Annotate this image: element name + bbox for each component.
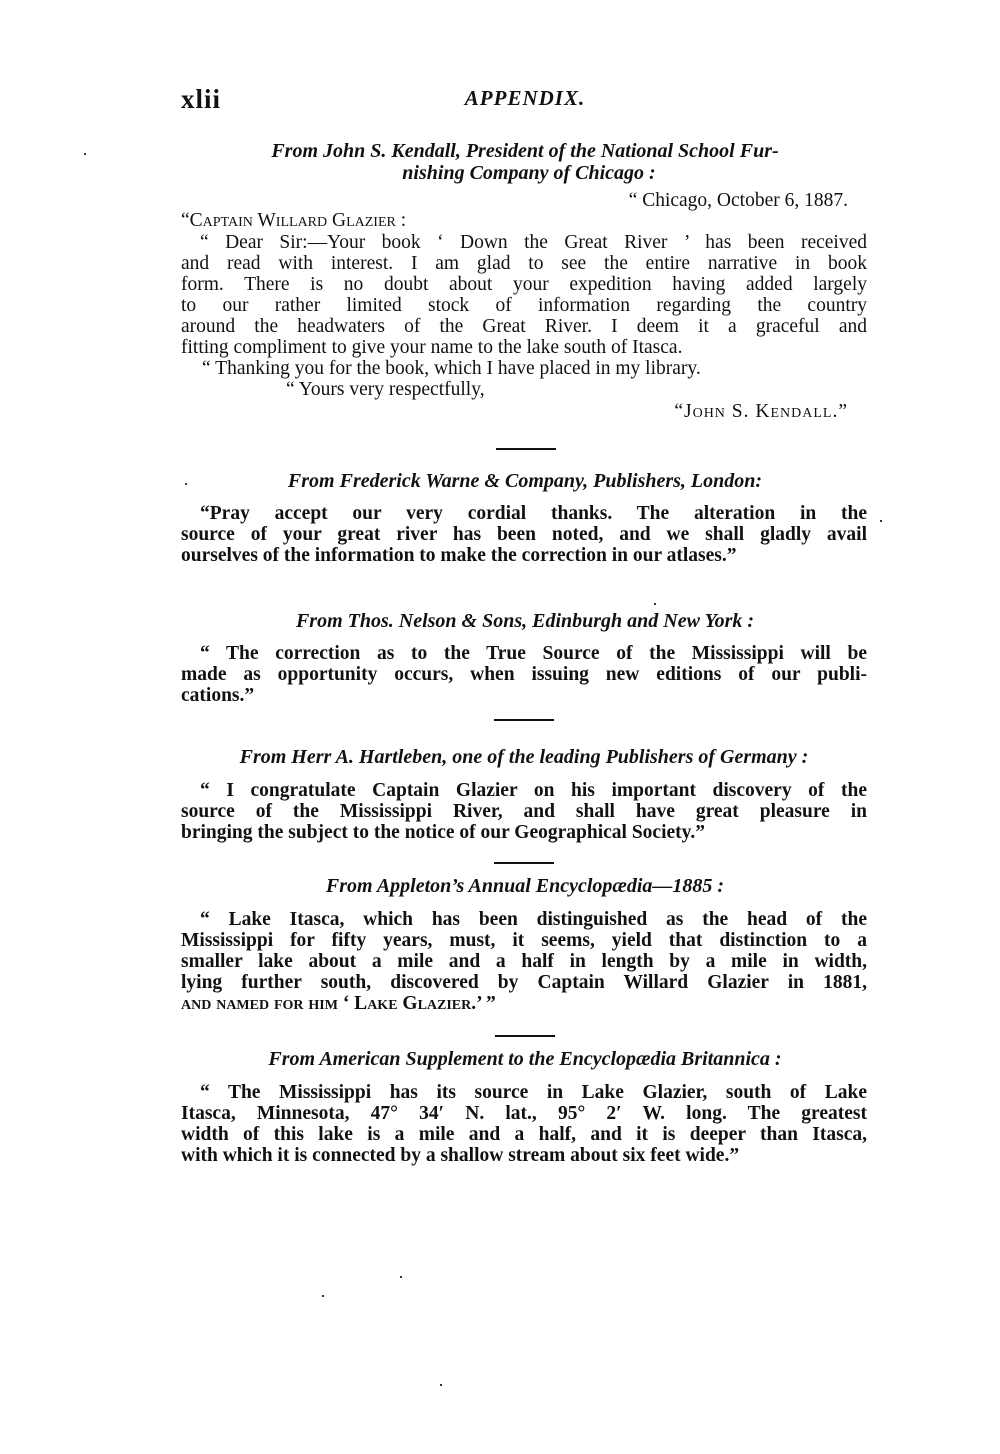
body-line: “ Lake Itasca, which has been distinguis… bbox=[200, 909, 867, 931]
scan-speck bbox=[654, 603, 656, 605]
body-line: “ Thanking you for the book, which I hav… bbox=[202, 358, 888, 380]
body-line: and read with interest. I am glad to see… bbox=[181, 253, 867, 275]
body-line: made as opportunity occurs, when issuing… bbox=[181, 664, 867, 686]
body-line: source of the Mississippi River, and sha… bbox=[181, 801, 867, 823]
body-line: bringing the subject to the notice of ou… bbox=[181, 822, 867, 844]
salutation: “Captain Willard Glazier : bbox=[181, 210, 406, 232]
body-line: cations.” bbox=[181, 685, 867, 707]
scan-speck bbox=[400, 1276, 402, 1278]
signature: “John S. Kendall.” bbox=[674, 401, 848, 423]
section-heading: nishing Company of Chicago : bbox=[0, 162, 1000, 185]
scan-speck bbox=[84, 153, 86, 155]
section-heading: From Herr A. Hartleben, one of the leadi… bbox=[181, 746, 867, 769]
body-line: to our rather limited stock of informati… bbox=[181, 295, 867, 317]
body-line: smaller lake about a mile and a half in … bbox=[181, 951, 867, 973]
scan-speck bbox=[322, 1295, 324, 1297]
section-divider bbox=[494, 719, 554, 721]
scan-speck bbox=[440, 1384, 442, 1386]
running-head: APPENDIX. bbox=[0, 86, 1000, 111]
scan-speck bbox=[880, 520, 882, 522]
body-line: “ Dear Sir:—Your book ‘ Down the Great R… bbox=[200, 232, 867, 254]
section-heading: From American Supplement to the Encyclop… bbox=[0, 1048, 1000, 1071]
body-line: around the headwaters of the Great River… bbox=[181, 316, 867, 338]
dateline: “ Chicago, October 6, 1887. bbox=[629, 190, 848, 212]
body-line: and named for him ‘ Lake Glazier.’ ” bbox=[181, 993, 867, 1015]
body-line: fitting compliment to give your name to … bbox=[181, 337, 867, 359]
body-line: width of this lake is a mile and a half,… bbox=[181, 1124, 867, 1146]
section-divider bbox=[494, 862, 554, 864]
body-line: “Pray accept our very cordial thanks. Th… bbox=[200, 503, 867, 525]
section-heading: From Appleton’s Annual Encyclopædia—1885… bbox=[0, 875, 1000, 898]
body-line: ourselves of the information to make the… bbox=[181, 545, 867, 567]
body-line: “ The Mississippi has its source in Lake… bbox=[200, 1082, 867, 1104]
scan-speck bbox=[185, 483, 187, 485]
body-line: with which it is connected by a shallow … bbox=[181, 1145, 867, 1167]
body-line: “ The correction as to the True Source o… bbox=[200, 643, 867, 665]
body-line: source of your great river has been note… bbox=[181, 524, 867, 546]
body-line: form. There is no doubt about your exped… bbox=[181, 274, 867, 296]
section-heading: From Frederick Warne & Company, Publishe… bbox=[0, 470, 1000, 493]
section-heading: From John S. Kendall, President of the N… bbox=[0, 140, 1000, 163]
body-line: lying further south, discovered by Capta… bbox=[181, 972, 867, 994]
section-divider bbox=[496, 448, 556, 450]
body-line: Mississippi for fifty years, must, it se… bbox=[181, 930, 867, 952]
body-line: “ I congratulate Captain Glazier on his … bbox=[200, 780, 867, 802]
body-line: Itasca, Minnesota, 47° 34′ N. lat., 95° … bbox=[181, 1103, 867, 1125]
closing: “ Yours very respectfully, bbox=[286, 379, 972, 401]
section-heading: From Thos. Nelson & Sons, Edinburgh and … bbox=[0, 610, 1000, 633]
section-divider bbox=[495, 1035, 555, 1037]
